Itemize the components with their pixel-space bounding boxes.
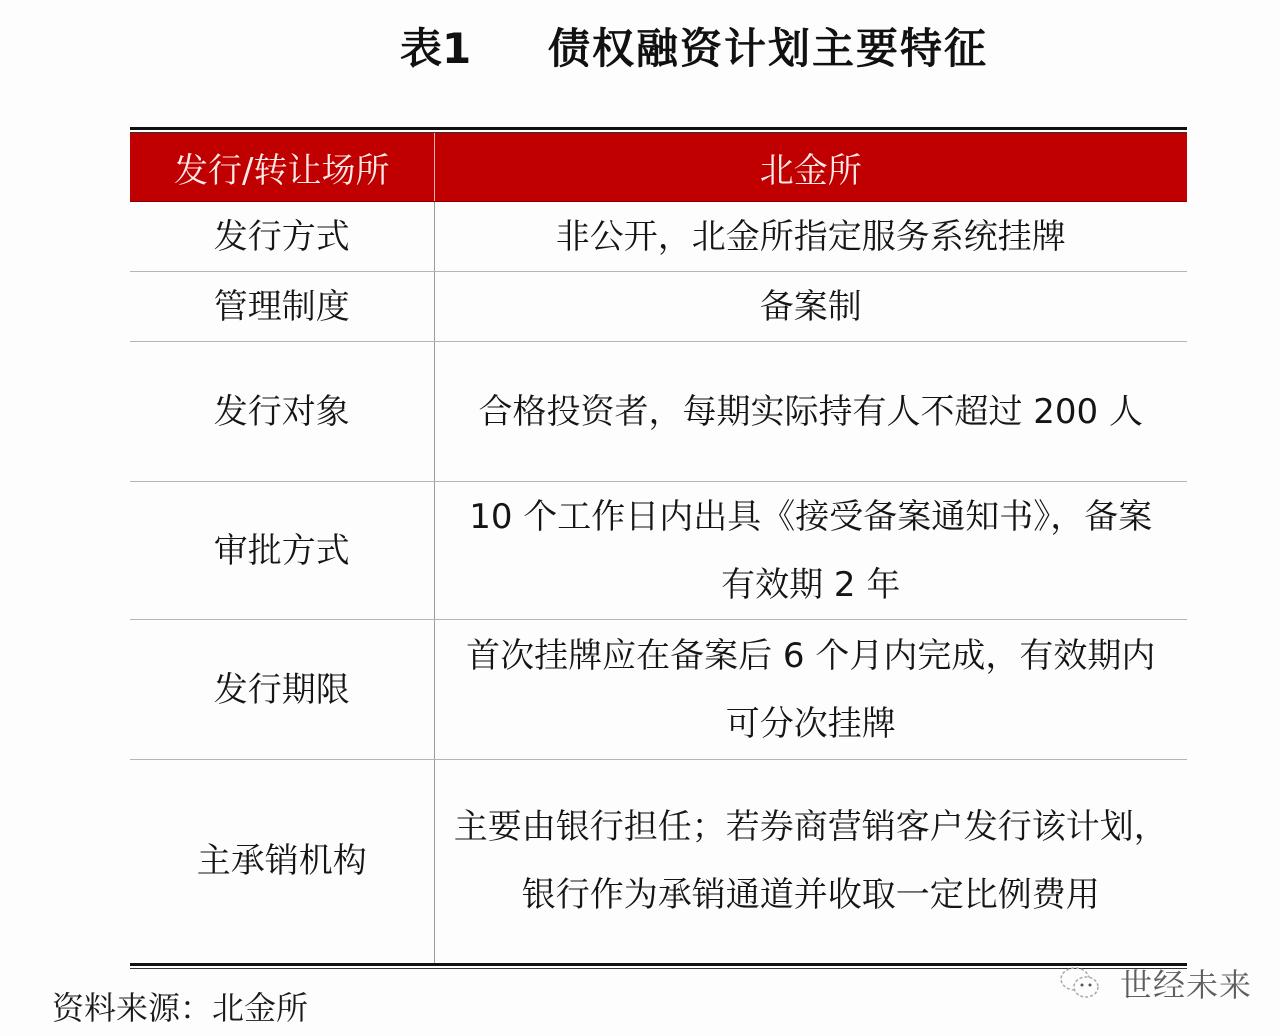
table-row: 发行方式 非公开，北金所指定服务系统挂牌 xyxy=(130,202,1187,272)
row-label: 发行期限 xyxy=(130,620,434,760)
data-table: 发行/转让场所 北金所 发行方式 非公开，北金所指定服务系统挂牌 管理制度 备案… xyxy=(130,133,1187,963)
watermark-text: 世经未来 xyxy=(1120,960,1252,1006)
table-row: 发行对象 合格投资者，每期实际持有人不超过 200 人 xyxy=(130,342,1187,482)
source-note: 资料来源：北金所 xyxy=(52,983,308,1029)
watermark: 世经未来 xyxy=(1058,958,1252,1008)
table-row: 主承销机构 主要由银行担任；若券商营销客户发行该计划，银行作为承销通道并收取一定… xyxy=(130,760,1187,963)
table-row: 管理制度 备案制 xyxy=(130,272,1187,342)
row-value: 非公开，北金所指定服务系统挂牌 xyxy=(434,202,1187,272)
row-label: 发行方式 xyxy=(130,202,434,272)
row-value: 合格投资者，每期实际持有人不超过 200 人 xyxy=(434,342,1187,482)
wechat-icon xyxy=(1058,964,1102,1002)
header-value-cell: 北金所 xyxy=(434,133,1187,202)
header-row: 发行/转让场所 北金所 xyxy=(130,133,1187,202)
row-value: 备案制 xyxy=(434,272,1187,342)
row-label: 主承销机构 xyxy=(130,760,434,963)
table-number: 表1 xyxy=(400,16,471,76)
features-table: 发行/转让场所 北金所 发行方式 非公开，北金所指定服务系统挂牌 管理制度 备案… xyxy=(130,127,1187,969)
bottom-rule-thin xyxy=(130,968,1187,969)
table-row: 发行期限 首次挂牌应在备案后 6 个月内完成，有效期内可分次挂牌 xyxy=(130,620,1187,760)
row-value: 主要由银行担任；若券商营销客户发行该计划，银行作为承销通道并收取一定比例费用 xyxy=(434,760,1187,963)
table-title: 债权融资计划主要特征 xyxy=(548,16,988,76)
header-label-cell: 发行/转让场所 xyxy=(130,133,434,202)
row-label: 发行对象 xyxy=(130,342,434,482)
row-label: 管理制度 xyxy=(130,272,434,342)
table-row: 审批方式 10 个工作日内出具《接受备案通知书》，备案有效期 2 年 xyxy=(130,482,1187,620)
table-caption: 表1 债权融资计划主要特征 xyxy=(0,10,1280,70)
row-value: 首次挂牌应在备案后 6 个月内完成，有效期内可分次挂牌 xyxy=(434,620,1187,760)
row-value: 10 个工作日内出具《接受备案通知书》，备案有效期 2 年 xyxy=(434,482,1187,620)
row-label: 审批方式 xyxy=(130,482,434,620)
